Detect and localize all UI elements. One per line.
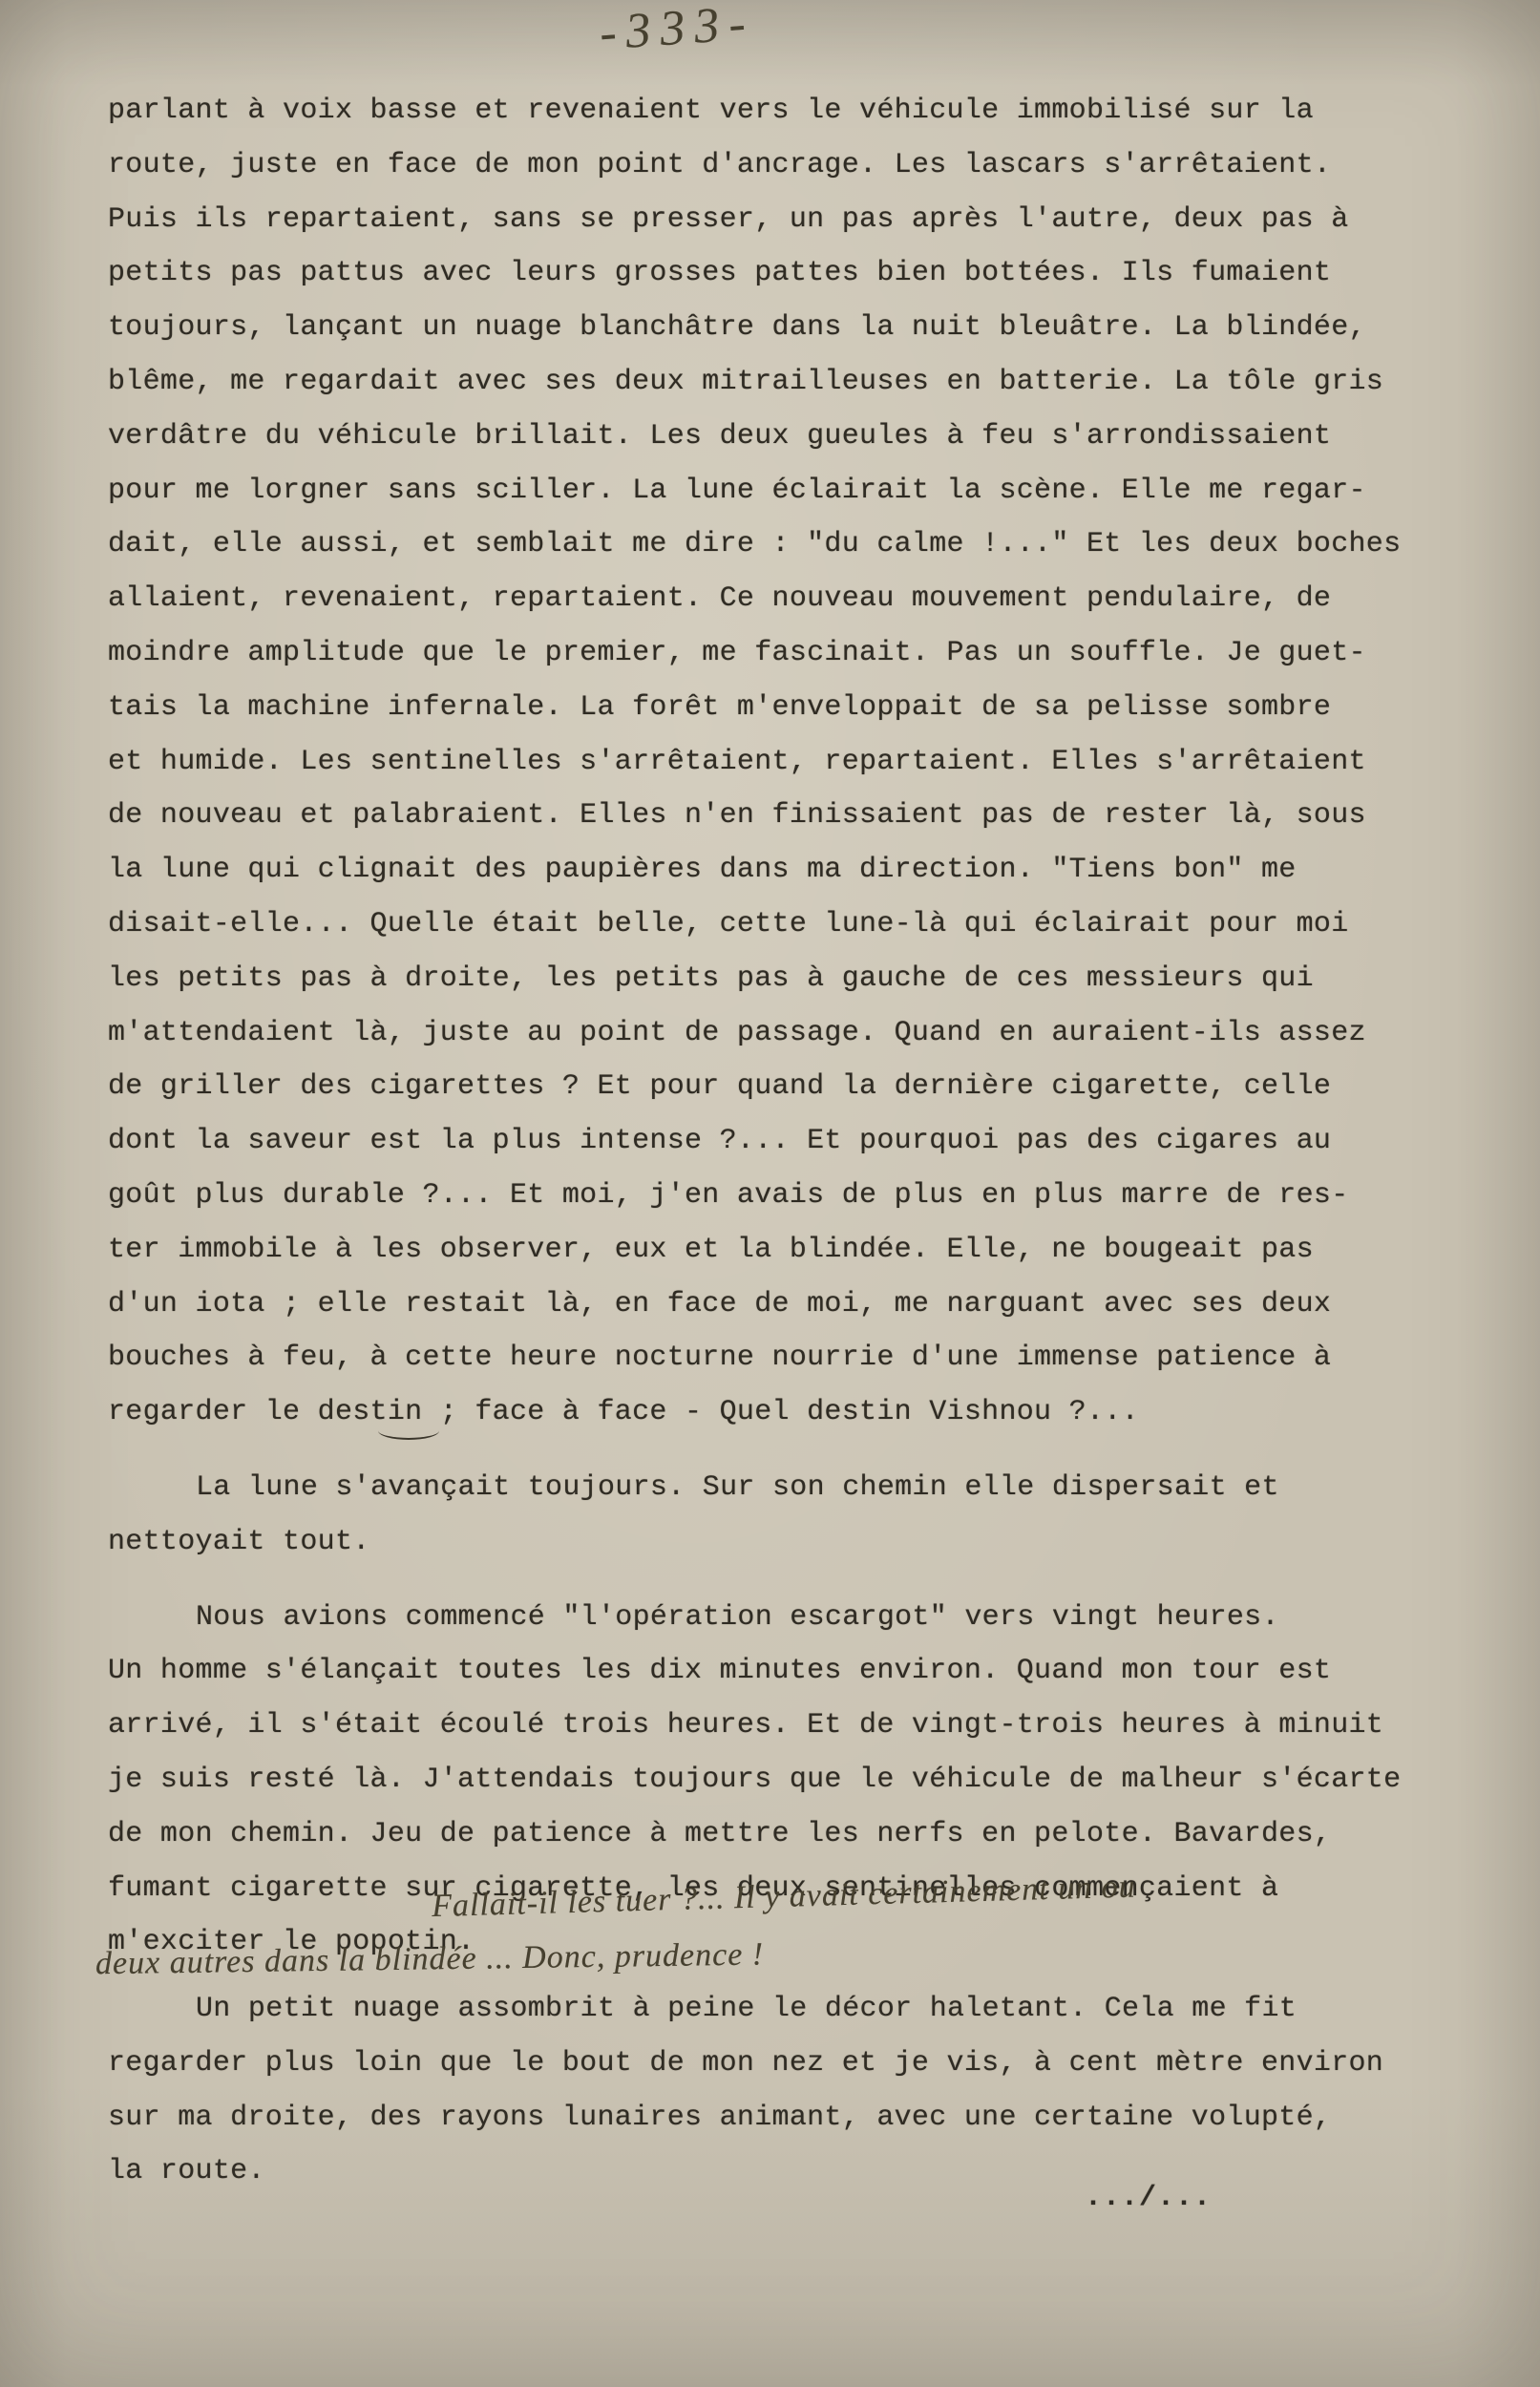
typed-line: route, juste en face de mon point d'ancr… [108,138,1433,193]
typed-line: les petits pas à droite, les petits pas … [108,952,1433,1006]
paragraph-1: parlant à voix basse et revenaient vers … [108,84,1433,1440]
typed-line: disait-elle... Quelle était belle, cette… [108,898,1433,952]
typed-line: je suis resté là. J'attendais toujours q… [108,1753,1433,1807]
typed-line: Un petit nuage assombrit à peine le déco… [108,1982,1433,2037]
scanned-typewritten-page: -333- parlant à voix basse et revenaient… [0,0,1540,2387]
typed-line: blême, me regardait avec ses deux mitrai… [108,355,1433,410]
typed-line: La lune s'avançait toujours. Sur son che… [108,1461,1433,1515]
typed-line: ter immobile à les observer, eux et la b… [108,1223,1433,1278]
typed-line: nettoyait tout. [108,1515,1433,1570]
typed-line: bouches à feu, à cette heure nocturne no… [108,1331,1433,1385]
typed-line: de mon chemin. Jeu de patience à mettre … [108,1807,1433,1862]
typed-line: dait, elle aussi, et semblait me dire : … [108,518,1433,572]
typed-line: dont la saveur est la plus intense ?... … [108,1114,1433,1169]
typed-line: petits pas pattus avec leurs grosses pat… [108,246,1433,301]
typed-line: Nous avions commencé "l'opération escarg… [108,1591,1433,1645]
typed-line: parlant à voix basse et revenaient vers … [108,84,1433,138]
typed-line: toujours, lançant un nuage blanchâtre da… [108,301,1433,355]
typed-line: goût plus durable ?... Et moi, j'en avai… [108,1169,1433,1223]
typed-line: d'un iota ; elle restait là, en face de … [108,1278,1433,1332]
typed-line: et humide. Les sentinelles s'arrêtaient,… [108,735,1433,790]
typed-line: Puis ils repartaient, sans se presser, u… [108,193,1433,247]
typed-line: Un homme s'élançait toutes les dix minut… [108,1644,1433,1699]
typed-line: moindre amplitude que le premier, me fas… [108,626,1433,681]
typed-line: regarder le destin ; face à face - Quel … [108,1385,1433,1440]
paragraph-2: La lune s'avançait toujours. Sur son che… [108,1461,1433,1570]
typed-line: verdâtre du véhicule brillait. Les deux … [108,410,1433,464]
typed-line: regarder plus loin que le bout de mon ne… [108,2037,1433,2091]
typed-line: arrivé, il s'était écoulé trois heures. … [108,1699,1433,1753]
typed-line: pour me lorgner sans sciller. La lune éc… [108,464,1433,518]
typed-line: sur ma droite, des rayons lunaires anima… [108,2091,1433,2145]
typed-line: tais la machine infernale. La forêt m'en… [108,681,1433,735]
typed-line: de nouveau et palabraient. Elles n'en fi… [108,789,1433,843]
paragraph-4: Un petit nuage assombrit à peine le déco… [108,1982,1433,2199]
continuation-mark: .../... [1085,2182,1212,2214]
typed-line: m'attendaient là, juste au point de pass… [108,1006,1433,1061]
tie-mark [378,1422,439,1440]
typed-line: la route. [108,2144,1433,2199]
page-number: -333- [598,0,756,62]
typed-line: de griller des cigarettes ? Et pour quan… [108,1060,1433,1114]
typed-line: allaient, revenaient, repartaient. Ce no… [108,572,1433,626]
typed-line: la lune qui clignait des paupières dans … [108,843,1433,898]
